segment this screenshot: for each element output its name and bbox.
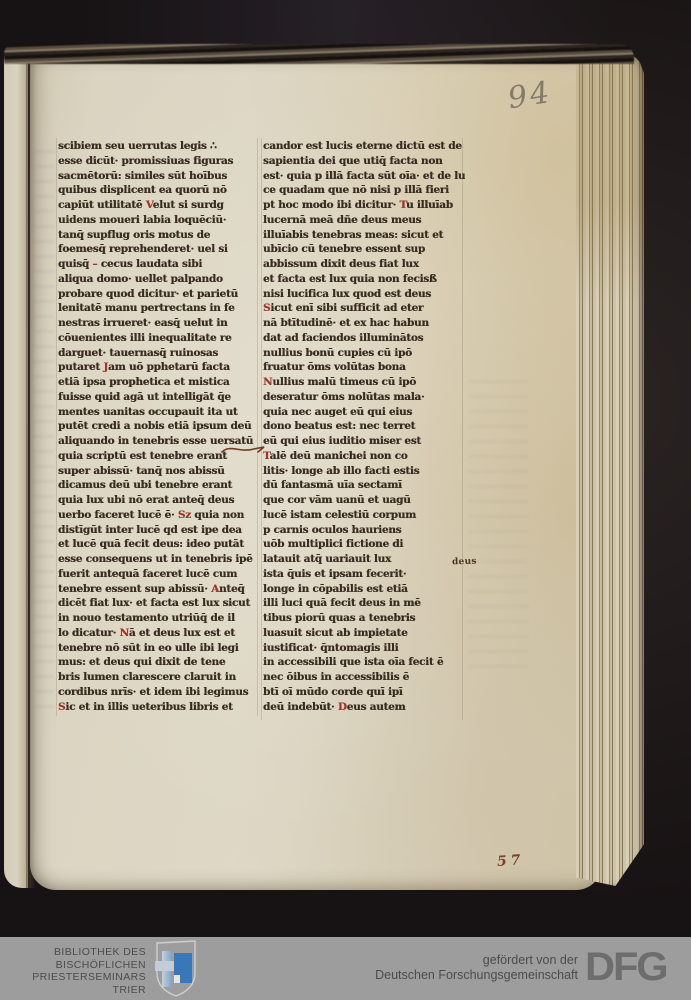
manuscript-text-line: eū qui eius iuditio miser est (263, 434, 465, 449)
manuscript-text-line: dat ad faciendos illuminātos (263, 331, 465, 346)
ink-showthrough (33, 150, 55, 710)
library-shield-logo-icon (151, 939, 201, 999)
manuscript-text-line: in accessibili que ista oīa fecit ē (263, 655, 465, 670)
rubric-initial: S (58, 701, 65, 713)
manuscript-text-line: Talē deū manichei non co (263, 449, 465, 464)
manuscript-text-line: illi luci quā fecit deus in mē (263, 596, 465, 611)
manuscript-text-line: aliqua domo· uellet palpando (58, 272, 260, 287)
ink-showthrough (468, 380, 528, 680)
book-top-edge (4, 44, 634, 64)
manuscript-text-line: lucernā meā dñe deus meus (263, 213, 465, 228)
ruling-line (261, 138, 262, 720)
manuscript-text-line: Nullius malū timeus cū ipō (263, 375, 465, 390)
quire-mark: 57 (496, 852, 525, 870)
manuscript-text-line: nisi lucifica lux quod est deus (263, 287, 465, 302)
margin-note: deus (452, 557, 477, 568)
dfg-credit: gefördert von der Deutschen Forschungsge… (375, 953, 578, 983)
manuscript-text-line: et lucē quā fecit deus: ideo putāt (58, 537, 260, 552)
manuscript-text-line: dicēt fiat lux· et facta est lux sicut (58, 596, 260, 611)
manuscript-text-line: esse consequens ut in tenebris ipē (58, 552, 260, 567)
page-stack-fore-edge (576, 52, 644, 886)
manuscript-text-line: quibus displicent ea quorū nō (58, 183, 260, 198)
manuscript-text-line: nec ōibus in accessibilis ē (263, 670, 465, 685)
manuscript-text-line: Sic et in illis ueteribus libris et (58, 700, 260, 715)
manuscript-text-line: Sicut enī sibi sufficit ad eter (263, 301, 465, 316)
manuscript-text-line: quia nec auget eū qui eius (263, 405, 465, 420)
manuscript-text-line: putaret Jam uō pphetarū facta (58, 360, 260, 375)
manuscript-text-line: tenebre nō sūt in eo ulle ibi legi (58, 641, 260, 656)
manuscript-text-line: luasuit sicut ab impietate (263, 626, 465, 641)
manuscript-text-line: lucē istam celestiū corpum (263, 508, 465, 523)
dfg-logo: DFG (585, 943, 681, 991)
rubric-initial: J (103, 361, 108, 373)
manuscript-text-line: distīgūt inter lucē qd est ipe dea (58, 523, 260, 538)
manuscript-text-line: uidens moueri labia loquēciū· (58, 213, 260, 228)
manuscript-text-line: btī oī mūdo corde quī ipī (263, 685, 465, 700)
manuscript-text-line: probare quod dicitur· et parietū (58, 287, 260, 302)
manuscript-text-line: quia lux ubi nō erat anteq̄ deus (58, 493, 260, 508)
ruling-line (56, 138, 57, 716)
manuscript-text-line: ista q̄uis et ipsam fecerit· (263, 567, 465, 582)
manuscript-text-line: ce quadam que nō nisi p illā fieri (263, 183, 465, 198)
rubric-initial: D (338, 701, 347, 713)
manuscript-text-line: uerbo faceret lucē ē· Sz quia non (58, 508, 260, 523)
manuscript-text-line: tanq̄ supflug oris motus de (58, 228, 260, 243)
manuscript-text-line: latauit atq̄ uariauit lux (263, 552, 465, 567)
manuscript-text-line: illuīabis tenebras meas: sicut et (263, 228, 465, 243)
adjacent-page-edge (4, 52, 28, 888)
text-column-right: candor est lucis eterne dictū est desapi… (263, 139, 465, 714)
manuscript-text-line: quisq̄ – cecus laudata sibi (58, 257, 260, 272)
manuscript-text-line: litis· longe ab illo facti estis (263, 464, 465, 479)
manuscript-text-line: fuisse quid agā ut intelligāt q̄e (58, 390, 260, 405)
manuscript-text-line: deū indebūt· Deus autem (263, 700, 465, 715)
manuscript-text-line: capiūt utilitatē Velut si surdg (58, 198, 260, 213)
pencil-folio-number: 94 (506, 75, 555, 116)
library-name-line3: PRIESTERSEMINARS TRIER (0, 971, 146, 996)
manuscript-text-line: longe in cōpabilis est etiā (263, 582, 465, 597)
manuscript-text-line: fruatur ōms volūtas bona (263, 360, 465, 375)
manuscript-text-line: tibus piorū quas a tenebris (263, 611, 465, 626)
manuscript-text-line: esse dicūt· promissiuas figuras (58, 154, 260, 169)
manuscript-text-line: uōb multiplici fictione di (263, 537, 465, 552)
manuscript-text-line: fuerit antequā faceret lucē cum (58, 567, 260, 582)
text-column-left: scibiem seu uerrutas legis ∴esse dicūt· … (58, 139, 260, 714)
manuscript-text-line: foemesq̄ reprehenderet· uel si (58, 242, 260, 257)
nota-mark (220, 441, 266, 457)
manuscript-text-line: iustificat· q̄ntomagis illi (263, 641, 465, 656)
manuscript-text-line: pt hoc modo ibi dicitur· Tu illuīab (263, 198, 465, 213)
rubric-initial: – (92, 258, 97, 270)
rubric-initial: Sz (178, 509, 191, 521)
rubric-initial: T (399, 199, 406, 211)
manuscript-text-line: lo dicatur· Nā et deus lux est et (58, 626, 260, 641)
library-name-line2: BISCHÖFLICHEN (0, 959, 146, 972)
manuscript-text-line: scibiem seu uerrutas legis ∴ (58, 139, 260, 154)
manuscript-text-line: putēt credi a nobis etiā ipsum deū (58, 419, 260, 434)
dfg-credit-line1: gefördert von der (375, 953, 578, 968)
manuscript-text-line: abbissum dixit deus fiat lux (263, 257, 465, 272)
dfg-credit-line2: Deutschen Forschungsgemeinschaft (375, 968, 578, 983)
manuscript-text-line: nestras irrueret· easq̄ uelut in (58, 316, 260, 331)
manuscript-text-line: bris lumen clarescere claruit in (58, 670, 260, 685)
manuscript-text-line: est· quia p illā facta sūt oīa· et de lu (263, 169, 465, 184)
manuscript-text-line: etiā ipsa prophetica et mistica (58, 375, 260, 390)
footer-bar: BIBLIOTHEK DES BISCHÖFLICHEN PRIESTERSEM… (0, 937, 691, 1000)
manuscript-text-line: mus: et deus qui dixit de tene (58, 655, 260, 670)
library-name-line1: BIBLIOTHEK DES (0, 946, 146, 959)
digitized-manuscript-scan: 94 scibiem seu uerrutas legis ∴esse dicū… (0, 0, 691, 1000)
manuscript-text-line: tenebre essent sup abissū· Anteq̄ (58, 582, 260, 597)
manuscript-text-line: sapientia dei que utiq̄ facta non (263, 154, 465, 169)
manuscript-text-line: sacmētorū: similes sūt hoībus (58, 169, 260, 184)
manuscript-text-line: ubīcio cū tenebre essent sup (263, 242, 465, 257)
manuscript-text-line: deseratur ōms nolūtas mala· (263, 390, 465, 405)
manuscript-text-line: super abissū· tanq̄ nos abissū (58, 464, 260, 479)
manuscript-text-line: cordibus nrīs· et idem ibi legimus (58, 685, 260, 700)
rubric-initial: A (211, 583, 219, 595)
manuscript-text-line: et facta est lux quia non fecisß (263, 272, 465, 287)
manuscript-text-line: dicamus deū ubi tenebre erant (58, 478, 260, 493)
manuscript-text-line: nullius bonū cupies cū ipō (263, 346, 465, 361)
manuscript-text-line: lenitatē manu pertrectans in fe (58, 301, 260, 316)
manuscript-text-line: p carnis oculos hauriens (263, 523, 465, 538)
manuscript-text-line: in nouo testamento utriūq̄ de il (58, 611, 260, 626)
manuscript-text-line: que cor vām uanū et uagū (263, 493, 465, 508)
rubric-initial: V (146, 199, 153, 211)
manuscript-text-line: dono beatus est: nec terret (263, 419, 465, 434)
manuscript-text-line: darguet· tauernasq̄ ruinosas (58, 346, 260, 361)
manuscript-text-line: nā btītudinē· et ex hac habun (263, 316, 465, 331)
manuscript-text-line: mentes uanitas occupauit ita ut (58, 405, 260, 420)
rubric-initial: N (120, 627, 129, 639)
manuscript-text-line: cōuenientes illi inequalitate re (58, 331, 260, 346)
manuscript-text-line: candor est lucis eterne dictū est de (263, 139, 465, 154)
library-name: BIBLIOTHEK DES BISCHÖFLICHEN PRIESTERSEM… (0, 946, 146, 996)
rubric-initial: S (263, 302, 270, 314)
rubric-initial: N (263, 376, 272, 388)
manuscript-text-line: dū fantasmā uīa sectamī (263, 478, 465, 493)
